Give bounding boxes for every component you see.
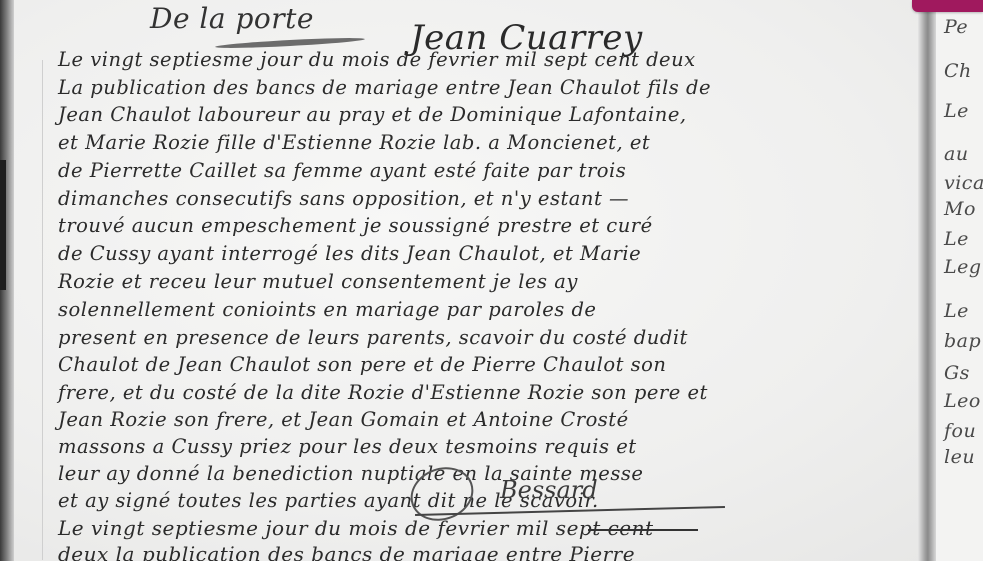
entry-line: dimanches consecutifs sans opposition, e… <box>58 189 629 209</box>
margin-line <box>42 60 43 560</box>
facing-page-text: Le <box>944 300 969 322</box>
entry-line: Jean Rozie son frere, et Jean Gomain et … <box>58 410 629 430</box>
facing-page-text: Le <box>944 228 969 250</box>
facing-page-text: vica <box>944 172 983 194</box>
margin-note-title: De la porte <box>150 2 314 35</box>
document-scan: De la porte Jean Cuarrey Le vingt septie… <box>0 0 983 561</box>
entry-line: Chaulot de Jean Chaulot son pere et de P… <box>58 355 666 375</box>
facing-page-fragment: Pe Ch Le au vica Mo Le Leg Le bap Gs Leo… <box>936 0 983 561</box>
entry-line: Jean Chaulot laboureur au pray et de Dom… <box>58 105 687 125</box>
entry-line: et Marie Rozie fille d'Estienne Rozie la… <box>58 133 650 153</box>
facing-page-text: fou <box>944 420 976 442</box>
entry-line: trouvé aucun empeschement je soussigné p… <box>58 216 653 236</box>
facing-page-text: leu <box>944 446 975 468</box>
entry-line: massons a Cussy priez pour les deux tesm… <box>58 437 637 457</box>
entry-line: de Pierrette Caillet sa femme ayant esté… <box>58 161 626 181</box>
viewer-panel-tab[interactable] <box>912 0 983 12</box>
facing-page-text: bap <box>944 330 981 352</box>
entry-line: frere, et du costé de la dite Rozie d'Es… <box>58 383 708 403</box>
facing-page-text: Pe <box>944 16 968 38</box>
facing-page-text: Le <box>944 100 969 122</box>
facing-page-text: Leo <box>944 390 981 412</box>
facing-page-text: au <box>944 143 969 165</box>
next-entry-line: Le vingt septiesme jour du mois de fevri… <box>58 518 654 538</box>
page-gutter <box>918 0 936 561</box>
next-entry-line: deux la publication des bancs de mariage… <box>58 544 635 561</box>
entry-line: solennellement conioints en mariage par … <box>58 300 596 320</box>
facing-page-text: Leg <box>944 256 982 278</box>
struck-word-line <box>588 529 698 531</box>
binding-edge <box>0 0 14 561</box>
entry-line: La publication des bancs de mariage entr… <box>58 78 711 98</box>
facing-page-text: Gs <box>944 362 970 384</box>
priest-signature: Bessard <box>500 476 598 504</box>
facing-page-text: Ch <box>944 60 972 82</box>
facing-page-text: Mo <box>944 198 976 220</box>
entry-line: Rozie et receu leur mutuel consentement … <box>58 272 578 292</box>
entry-line: de Cussy ayant interrogé les dits Jean C… <box>58 244 641 264</box>
entry-line: present en presence de leurs parents, sc… <box>58 328 688 348</box>
entry-line: Le vingt septiesme jour du mois de fevri… <box>58 50 696 70</box>
